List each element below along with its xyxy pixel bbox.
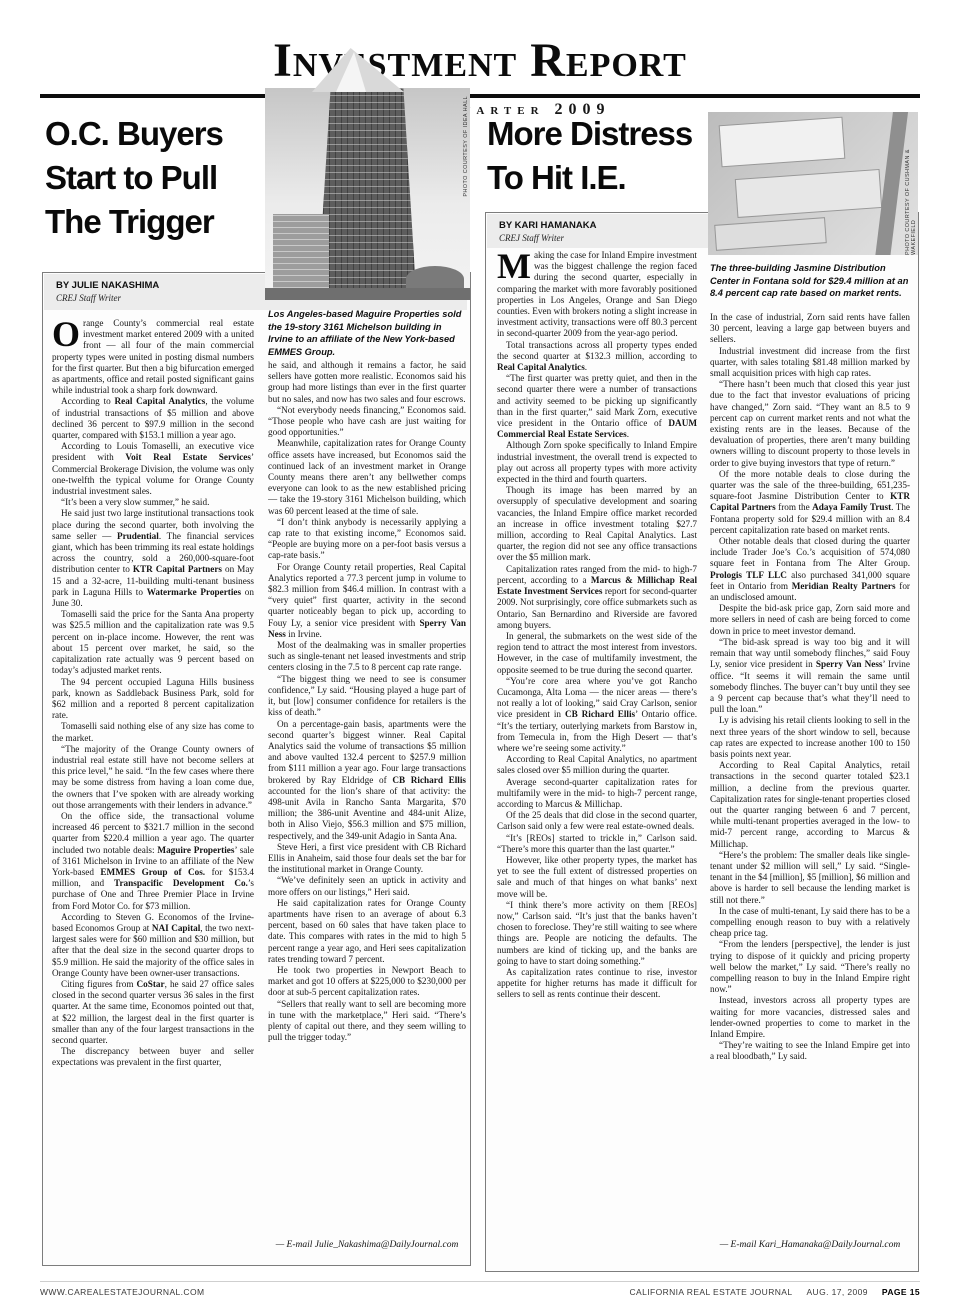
article-paragraph: “There hasn’t been much that closed this…	[710, 379, 910, 469]
article-paragraph: He said just two large institutional tra…	[52, 508, 254, 609]
article-paragraph: According to Real Capital Analytics, the…	[52, 396, 254, 441]
footer-page-number: PAGE 15	[882, 1287, 920, 1297]
article-paragraph: “I think there’s more activity on them […	[497, 900, 697, 967]
newspaper-page: Investment Report Second Quarter 2009 O.…	[0, 0, 960, 1309]
left-article-column-1: Orange County’s commercial real estate i…	[52, 318, 254, 1262]
article-paragraph: “The majority of the Orange County owner…	[52, 744, 254, 811]
page-footer: WWW.CAREALESTATEJOURNAL.COM CALIFORNIA R…	[40, 1281, 920, 1297]
article-paragraph: Despite the bid-ask price gap, Zorn said…	[710, 603, 910, 637]
article-paragraph: Citing figures from CoStar, he said 27 o…	[52, 979, 254, 1046]
article-paragraph: Most of the dealmaking was in smaller pr…	[268, 640, 466, 674]
right-article-headline: More Distress To Hit I.E.	[487, 112, 701, 200]
article-paragraph: Total transactions across all property t…	[497, 340, 697, 374]
article-paragraph: Tomaselli said the price for the Santa A…	[52, 609, 254, 676]
article-paragraph: The 94 percent occupied Laguna Hills bus…	[52, 677, 254, 722]
article-paragraph: Meanwhile, capitalization rates for Oran…	[268, 438, 466, 516]
article-paragraph: Instead, investors across all property t…	[710, 995, 910, 1040]
article-paragraph: Making the case for Inland Empire invest…	[497, 250, 697, 340]
road-graphic	[874, 112, 909, 255]
street-graphic	[265, 288, 470, 300]
article-paragraph: “It’s been a very slow summer,” he said.	[52, 497, 254, 508]
article-paragraph: Other notable deals that closed during t…	[710, 536, 910, 603]
article-paragraph: As capitalization rates continue to rise…	[497, 967, 697, 1001]
warehouse-roof-graphic	[716, 218, 827, 250]
article-paragraph: According to Steven G. Economos of the I…	[52, 912, 254, 979]
left-photo-caption: Los Angeles-based Maguire Properties sol…	[268, 308, 466, 358]
drop-cap: O	[52, 318, 83, 349]
article-paragraph: “Not everybody needs financing,” Economo…	[268, 405, 466, 439]
article-paragraph: For Orange County retail properties, Rea…	[268, 562, 466, 640]
article-paragraph: According to Louis Tomaselli, an executi…	[52, 441, 254, 497]
article-paragraph: “The first quarter was pretty quiet, and…	[497, 373, 697, 440]
article-paragraph: Of the 25 deals that did close in the se…	[497, 810, 697, 832]
article-paragraph: Of the more notable deals to close durin…	[710, 469, 910, 536]
article-paragraph: “The biggest thing we need to see is con…	[268, 674, 466, 719]
right-photo-credit: PHOTO COURTESY OF CUSHMAN & WAKEFIELD	[905, 120, 917, 255]
drop-cap: M	[497, 250, 534, 281]
left-article-column-2: he said, and although it remains a facto…	[268, 360, 466, 1232]
article-paragraph: “Sellers that really want to sell are be…	[268, 999, 466, 1044]
left-article-byline-title: CREJ Staff Writer	[56, 293, 121, 303]
article-paragraph: “You’re core area where you’ve got Ranch…	[497, 676, 697, 754]
left-article-byline: BY JULIE NAKASHIMA	[56, 280, 159, 291]
warehouse-roof-graphic	[736, 170, 881, 217]
article-paragraph: However, like other property types, the …	[497, 855, 697, 900]
left-article-email: — E-mail Julie_Nakashima@DailyJournal.co…	[268, 1240, 466, 1250]
right-article-byline: BY KARI HAMANAKA	[499, 220, 596, 231]
michelson-building-photo: PHOTO COURTESY OF IDEA HALL	[265, 88, 470, 300]
article-paragraph: The discrepancy between buyer and seller…	[52, 1046, 254, 1068]
article-paragraph: “Here’s the problem: The smaller deals l…	[710, 850, 910, 906]
article-paragraph: Orange County’s commercial real estate i…	[52, 318, 254, 396]
right-photo-caption: The three-building Jasmine Distribution …	[710, 262, 910, 300]
article-paragraph: Ly is advising his retail clients lookin…	[710, 715, 910, 760]
article-paragraph: According to Real Capital Analytics, ret…	[710, 760, 910, 850]
footer-publication-info: CALIFORNIA REAL ESTATE JOURNALAUG. 17, 2…	[615, 1287, 920, 1297]
article-paragraph: “The bid-ask spread is way too big and i…	[710, 637, 910, 715]
article-paragraph: According to Real Capital Analytics, no …	[497, 754, 697, 776]
article-paragraph: “I don’t think anybody is necessarily ap…	[268, 517, 466, 562]
article-paragraph: “They’re waiting to see the Inland Empir…	[710, 1040, 910, 1062]
article-paragraph: He said capitalization rates for Orange …	[268, 898, 466, 965]
article-paragraph: In general, the submarkets on the west s…	[497, 631, 697, 676]
section-title: Investment Report	[0, 36, 960, 86]
footer-website: WWW.CAREALESTATEJOURNAL.COM	[40, 1287, 204, 1297]
right-article-column-1: Making the case for Inland Empire invest…	[497, 250, 697, 1264]
article-paragraph: Industrial investment did increase from …	[710, 346, 910, 380]
footer-publication: CALIFORNIA REAL ESTATE JOURNAL	[629, 1287, 792, 1297]
article-paragraph: “We’ve definitely seen an uptick in acti…	[268, 875, 466, 897]
right-article-byline-title: CREJ Staff Writer	[499, 233, 564, 243]
article-paragraph: Steve Heri, a first vice president with …	[268, 842, 466, 876]
masthead-rule	[40, 94, 920, 98]
article-paragraph: Capitalization rates ranged from the mid…	[497, 564, 697, 631]
article-paragraph: Average second-quarter capitalization ra…	[497, 777, 697, 811]
article-paragraph: On the office side, the transactional vo…	[52, 811, 254, 912]
right-article-column-2: In the case of industrial, Zorn said ren…	[710, 312, 910, 1232]
article-paragraph: On a percentage-gain basis, apartments w…	[268, 719, 466, 842]
article-paragraph: Although Zorn spoke specifically to Inla…	[497, 440, 697, 485]
warehouse-roof-graphic	[719, 118, 843, 166]
left-article-headline: O.C. Buyers Start to Pull The Trigger	[45, 112, 250, 244]
office-tower-graphic	[317, 88, 417, 300]
article-paragraph: In the case of industrial, Zorn said ren…	[710, 312, 910, 346]
left-photo-credit: PHOTO COURTESY OF IDEA HALL	[463, 96, 469, 197]
jasmine-distribution-center-photo: PHOTO COURTESY OF CUSHMAN & WAKEFIELD	[708, 112, 918, 255]
article-paragraph: he said, and although it remains a facto…	[268, 360, 466, 405]
article-paragraph: In the case of multi-tenant, Ly said the…	[710, 906, 910, 940]
article-paragraph: “From the lenders [perspective], the len…	[710, 939, 910, 995]
right-article-email: — E-mail Kari_Hamanaka@DailyJournal.com	[710, 1240, 910, 1250]
article-paragraph: Though its image has been marred by an o…	[497, 485, 697, 563]
article-paragraph: Tomaselli said nothing else of any size …	[52, 721, 254, 743]
footer-date: AUG. 17, 2009	[806, 1287, 867, 1297]
article-paragraph: He took two properties in Newport Beach …	[268, 965, 466, 999]
article-paragraph: “It’s [REOs] started to trickle in,” Car…	[497, 833, 697, 855]
